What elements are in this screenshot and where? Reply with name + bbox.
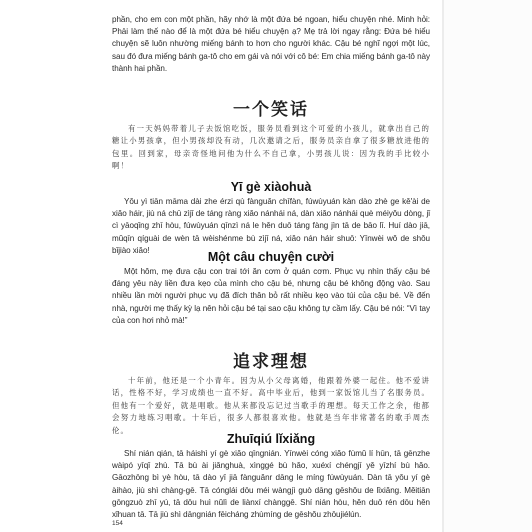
story-title-pinyin: Yī gè xiàohuà xyxy=(112,180,430,195)
continuation-block: phần, cho em con một phần, hãy nhớ là mộ… xyxy=(112,14,430,75)
page-number: 154 xyxy=(112,520,123,527)
story-text-vietnamese: Một hôm, mẹ đưa cậu con trai tới ăn cơm … xyxy=(112,266,430,327)
story-title-chinese: 一个笑话 xyxy=(112,100,430,120)
document-page: phần, cho em con một phần, hãy nhớ là mộ… xyxy=(0,0,532,532)
story-title-chinese: 追求理想 xyxy=(112,352,430,372)
story-title-pinyin: Zhuīqiú lǐxiǎng xyxy=(112,432,430,447)
story-text-pinyin: Shí nián qián, tā háishì yí gè xiǎo qīng… xyxy=(112,448,430,521)
page-edge-divider xyxy=(442,0,444,532)
story-pursue-dream: 追求理想 十年前，他还是一个小青年。因为从小父母离婚，他跟着外婆一起住。他不爱讲… xyxy=(112,352,430,437)
story-text-pinyin: Yǒu yì tiān māma dài zhe érzi qù fànguǎn… xyxy=(112,196,430,257)
story-joke: 一个笑话 有一天妈妈带着儿子去饭馆吃饭，服务员看到这个可爱的小孩儿，就拿出自己的… xyxy=(112,100,430,173)
story-text-chinese: 有一天妈妈带着儿子去饭馆吃饭，服务员看到这个可爱的小孩儿，就拿出自己的糖让小男孩… xyxy=(112,123,430,173)
story-joke-pinyin: Yī gè xiàohuà Yǒu yì tiān māma dài zhe é… xyxy=(112,180,430,257)
story-title-vietnamese: Một câu chuyện cười xyxy=(112,250,430,265)
page-margin-area xyxy=(444,0,532,532)
story-pursue-dream-pinyin: Zhuīqiú lǐxiǎng Shí nián qián, tā háishì… xyxy=(112,432,430,521)
story-joke-vietnamese: Một câu chuyện cười Một hôm, mẹ đưa cậu … xyxy=(112,250,430,327)
story-text-chinese: 十年前，他还是一个小青年。因为从小父母离婚，他跟着外婆一起住。他不爱讲话，性格不… xyxy=(112,375,430,437)
continuation-paragraph: phần, cho em con một phần, hãy nhớ là mộ… xyxy=(112,14,430,75)
